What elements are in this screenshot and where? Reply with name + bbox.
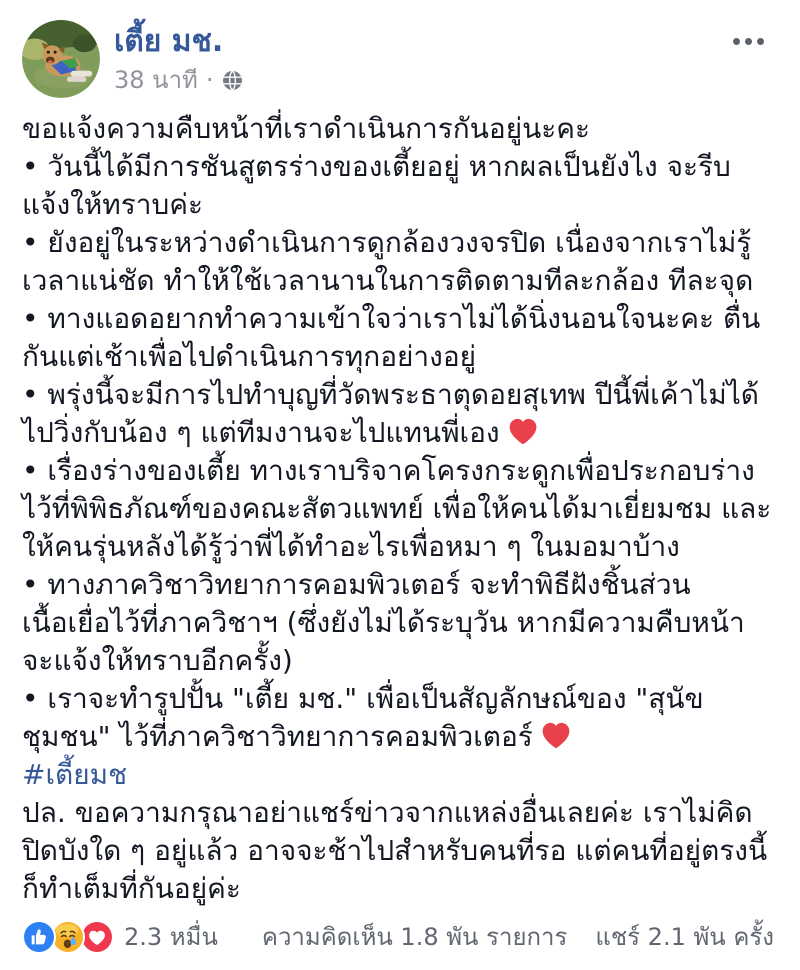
post-header: เตี้ย มช. 38 นาที ·: [22, 20, 776, 98]
hashtag-link[interactable]: #เตี้ยมช: [22, 756, 127, 794]
more-options-button[interactable]: [725, 30, 772, 53]
post-paragraph: • เรื่องร่างของเตี้ย ทางเราบริจาคโครงกระ…: [22, 452, 776, 566]
timestamp[interactable]: 38 นาที: [114, 66, 198, 94]
post-paragraph: • ยังอยู่ในระหว่างดำเนินการดูกล้องวงจรปิ…: [22, 224, 776, 300]
paragraph-text: • พรุ่งนี้จะมีการไปทำบุญที่วัดพระธาตุดอย…: [22, 378, 759, 449]
post-paragraph: ปล. ขอความกรุณาอย่าแชร์ข่าวจากแหล่งอื่นเ…: [22, 794, 776, 908]
red-heart-emoji: [508, 418, 538, 445]
love-reaction-icon: [80, 920, 114, 954]
comments-count[interactable]: ความคิดเห็น 1.8 พัน รายการ: [262, 917, 568, 956]
post-paragraph: • พรุ่งนี้จะมีการไปทำบุญที่วัดพระธาตุดอย…: [22, 376, 776, 452]
dot-icon: [745, 38, 752, 45]
paragraph-text: ปล. ขอความกรุณาอย่าแชร์ข่าวจากแหล่งอื่นเ…: [22, 796, 767, 905]
reaction-summary[interactable]: 2.3 หมื่น: [22, 917, 218, 956]
dot-icon: [733, 38, 740, 45]
post-text: ขอแจ้งความคืบหน้าที่เราดำเนินการกันอยู่น…: [22, 110, 776, 908]
page-name[interactable]: เตี้ย มช.: [114, 24, 243, 60]
paragraph-text: • ยังอยู่ในระหว่างดำเนินการดูกล้องวงจรปิ…: [22, 226, 753, 297]
paragraph-text: • ทางภาควิชาวิทยาการคอมพิวเตอร์ จะทำพิธี…: [22, 568, 745, 677]
dog-photo-avatar: [22, 20, 100, 98]
sad-reaction-icon: [51, 920, 85, 954]
paragraph-text: • เรื่องร่างของเตี้ย ทางเราบริจาคโครงกระ…: [22, 454, 771, 563]
public-globe-icon: [222, 70, 243, 91]
post-paragraph: • ทางแอดอยากทำความเข้าใจว่าเราไม่ได้นิ่ง…: [22, 300, 776, 376]
reaction-count[interactable]: 2.3 หมื่น: [124, 917, 218, 956]
red-heart-emoji: [541, 722, 571, 749]
post-paragraph: ขอแจ้งความคืบหน้าที่เราดำเนินการกันอยู่น…: [22, 110, 776, 148]
header-info: เตี้ย มช. 38 นาที ·: [114, 20, 243, 94]
paragraph-text: ขอแจ้งความคืบหน้าที่เราดำเนินการกันอยู่น…: [22, 112, 590, 145]
paragraph-text: #เตี้ยมช: [22, 758, 127, 791]
comment-share-counts: ความคิดเห็น 1.8 พัน รายการ แชร์ 2.1 พัน …: [262, 917, 774, 956]
page-avatar[interactable]: [22, 20, 100, 98]
facebook-post: เตี้ย มช. 38 นาที · ขอแจ้งความคืบหน้าที่…: [0, 0, 800, 970]
engagement-bar: 2.3 หมื่น ความคิดเห็น 1.8 พัน รายการ แชร…: [22, 917, 774, 956]
meta-separator: ·: [206, 66, 214, 94]
post-paragraph: • ทางภาควิชาวิทยาการคอมพิวเตอร์ จะทำพิธี…: [22, 566, 776, 680]
like-reaction-icon: [22, 920, 56, 954]
dot-icon: [757, 38, 764, 45]
paragraph-text: • ทางแอดอยากทำความเข้าใจว่าเราไม่ได้นิ่ง…: [22, 302, 760, 373]
paragraph-text: • วันนี้ได้มีการชันสูตรร่างของเตี้ยอยู่ …: [22, 150, 731, 221]
shares-count[interactable]: แชร์ 2.1 พัน ครั้ง: [595, 917, 774, 956]
post-paragraph: • วันนี้ได้มีการชันสูตรร่างของเตี้ยอยู่ …: [22, 148, 776, 224]
post-paragraph: • เราจะทำรูปปั้น "เตี้ย มช." เพื่อเป็นสั…: [22, 680, 776, 756]
post-meta: 38 นาที ·: [114, 66, 243, 94]
paragraph-text: • เราจะทำรูปปั้น "เตี้ย มช." เพื่อเป็นสั…: [22, 682, 704, 753]
